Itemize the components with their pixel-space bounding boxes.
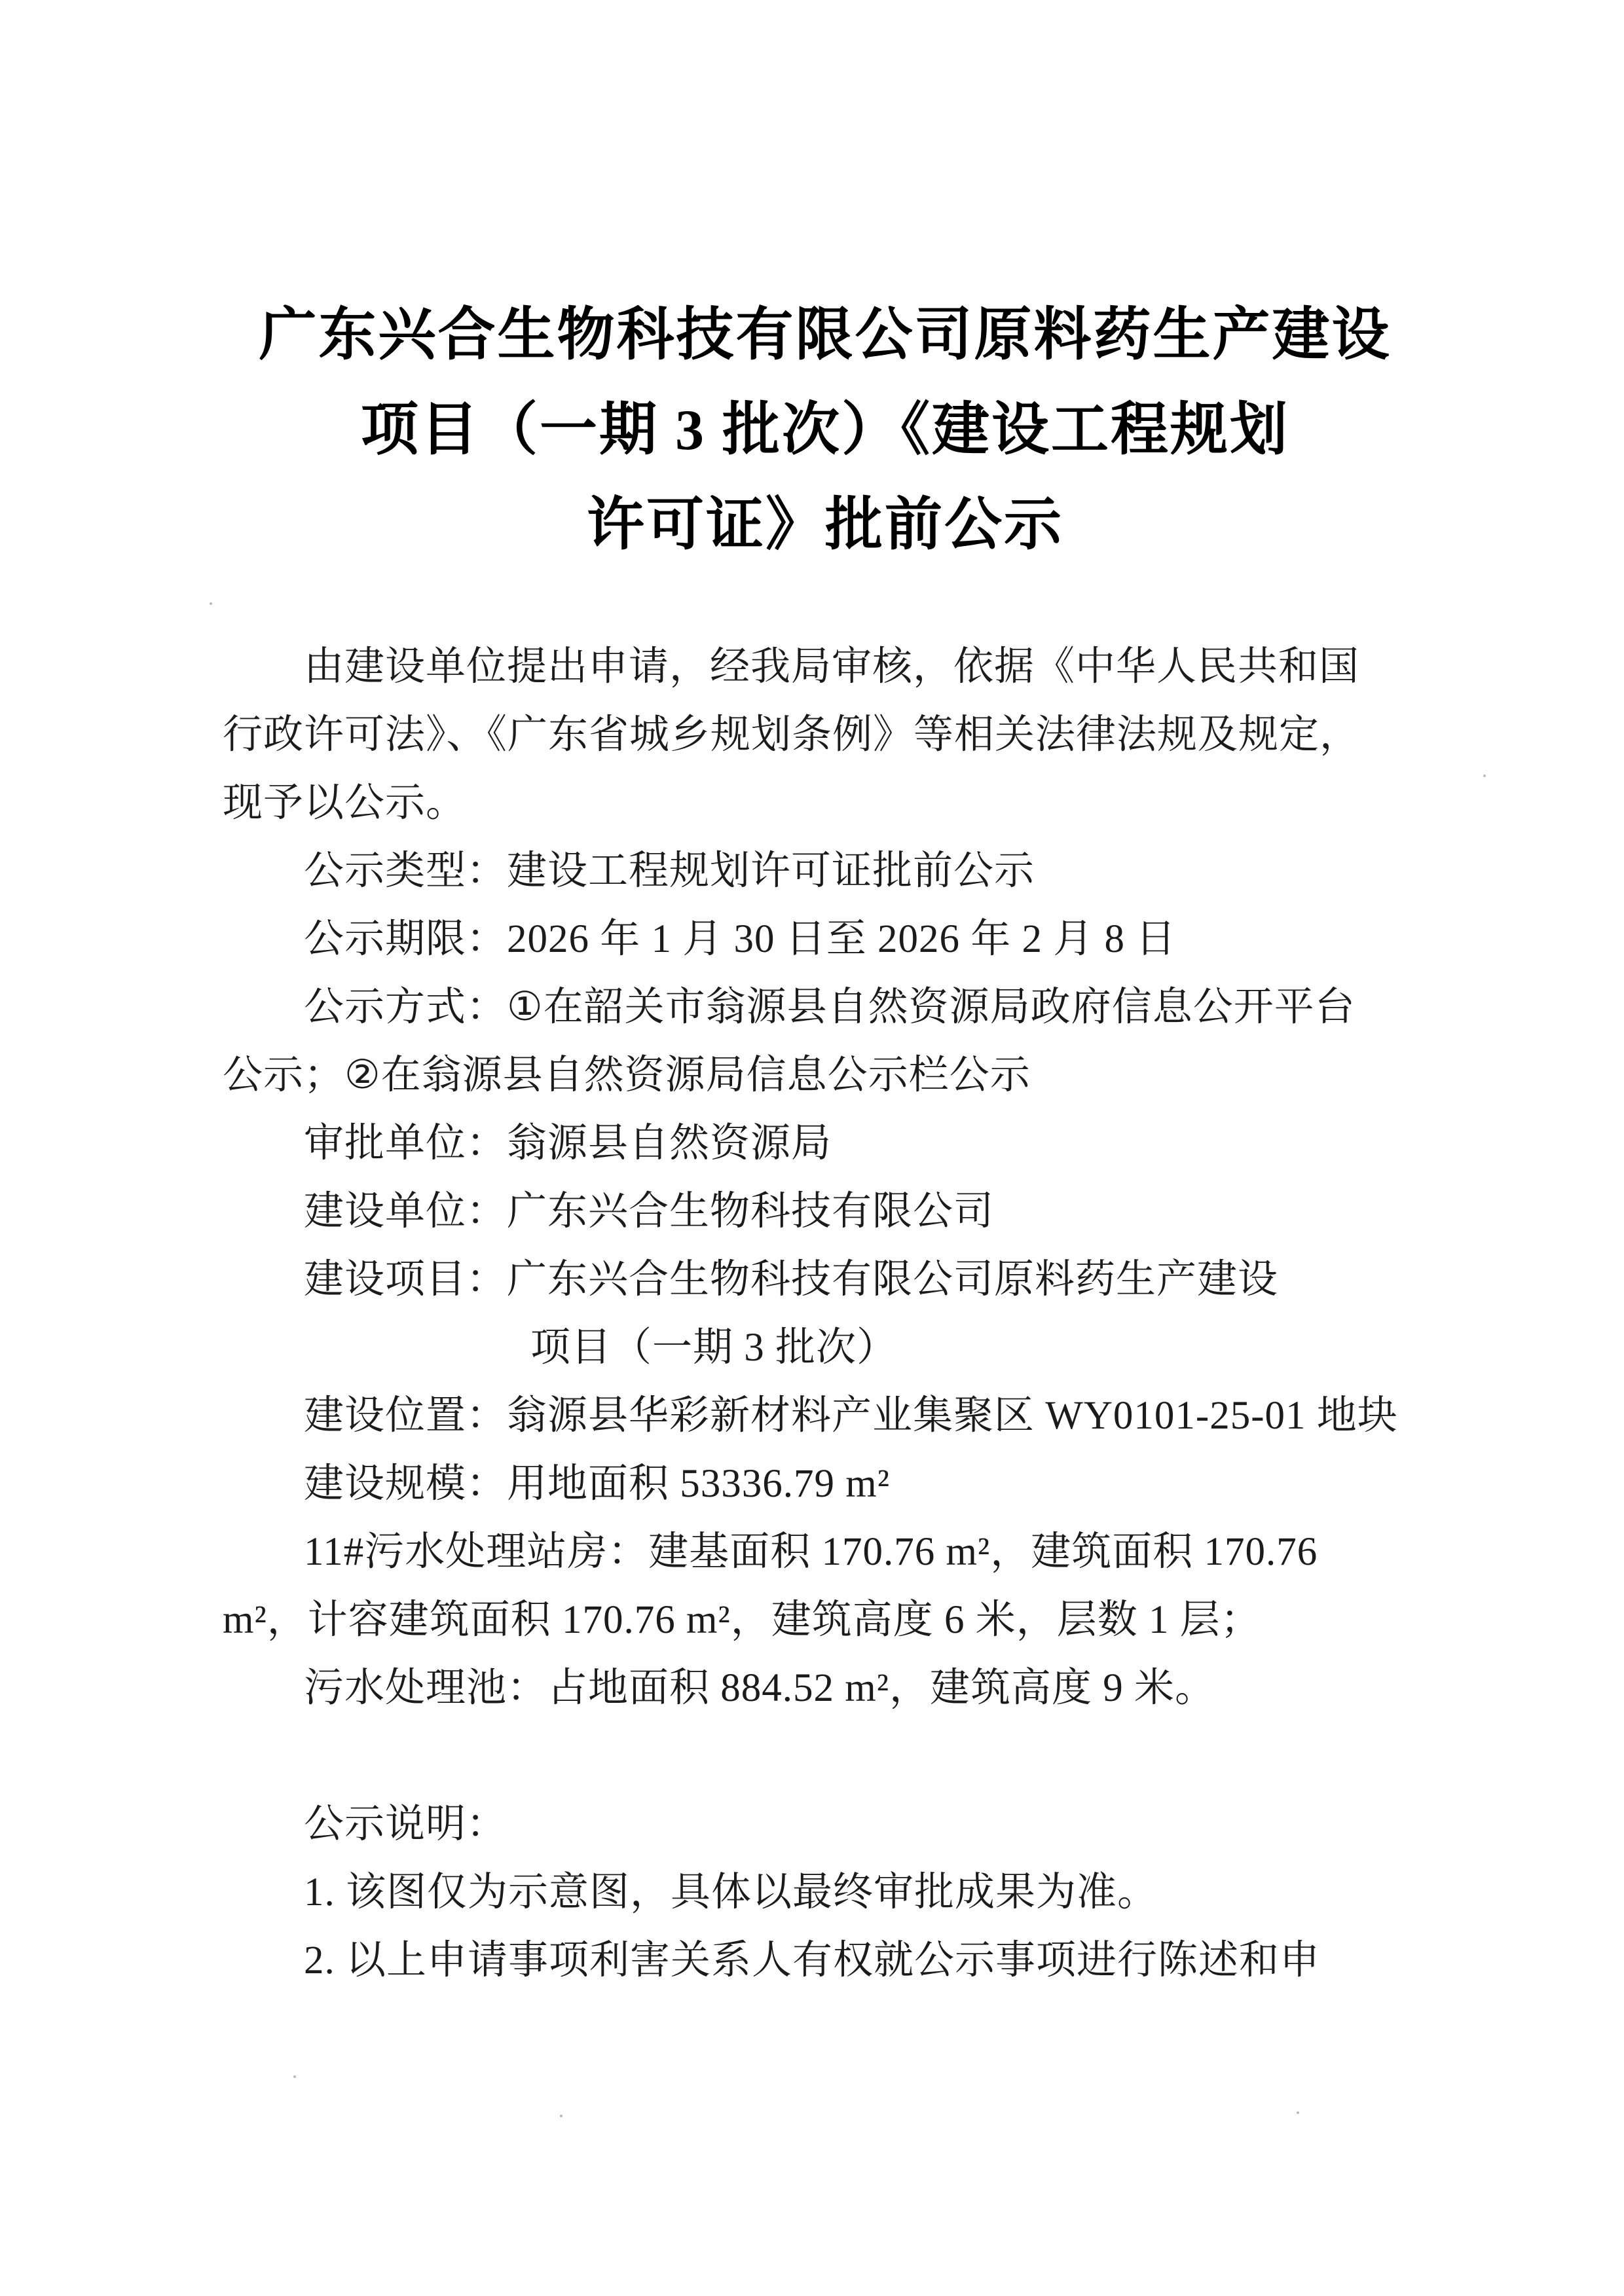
title-line-1: 广东兴合生物科技有限公司原料药生产建设: [223, 288, 1428, 383]
body-line-intro-3: 现予以公示。: [223, 769, 1428, 837]
document-body: 由建设单位提出申请，经我局审核，依据《中华人民共和国 行政许可法》、《广东省城乡…: [223, 633, 1428, 1995]
body-line-sewage-station-1: 11#污水处理站房：建基面积 170.76 m²，建筑面积 170.76: [223, 1518, 1428, 1586]
body-line-notice-method-2: 公示；②在翁源县自然资源局信息公示栏公示: [223, 1042, 1428, 1110]
body-line-notice-method-1: 公示方式：①在韶关市翁源县自然资源局政府信息公开平台: [223, 974, 1428, 1042]
body-line-scale: 建设规模：用地面积 53336.79 m²: [223, 1450, 1428, 1518]
body-line-notice-type: 公示类型：建设工程规划许可证批前公示: [223, 837, 1428, 905]
document-title: 广东兴合生物科技有限公司原料药生产建设 项目（一期 3 批次）《建设工程规划 许…: [223, 288, 1428, 573]
body-line-approval-authority: 审批单位：翁源县自然资源局: [223, 1110, 1428, 1178]
body-line-notice-period: 公示期限：2026 年 1 月 30 日至 2026 年 2 月 8 日: [223, 905, 1428, 974]
scan-speckle: [1297, 2111, 1299, 2114]
scan-speckle: [1483, 774, 1486, 777]
document-page: 广东兴合生物科技有限公司原料药生产建设 项目（一期 3 批次）《建设工程规划 许…: [0, 0, 1624, 2296]
body-line-location: 建设位置：翁源县华彩新材料产业集聚区 WY0101-25-01 地块: [223, 1382, 1428, 1450]
body-line-intro-2: 行政许可法》、《广东省城乡规划条例》等相关法律法规及规定，: [223, 701, 1428, 769]
title-line-2: 项目（一期 3 批次）《建设工程规划: [223, 383, 1428, 478]
body-line-sewage-pool: 污水处理池：占地面积 884.52 m²，建筑高度 9 米。: [223, 1654, 1428, 1722]
body-line-project-name-2: 项目（一期 3 批次）: [223, 1314, 1428, 1382]
scan-speckle: [560, 2115, 563, 2117]
body-line-construction-unit: 建设单位：广东兴合生物科技有限公司: [223, 1178, 1428, 1246]
body-line-notes-header: 公示说明：: [223, 1791, 1428, 1859]
body-line-note-2: 2. 以上申请事项利害关系人有权就公示事项进行陈述和申: [223, 1927, 1428, 1995]
title-line-3: 许可证》批前公示: [223, 478, 1428, 573]
body-line-intro-1: 由建设单位提出申请，经我局审核，依据《中华人民共和国: [223, 633, 1428, 701]
body-line-note-1: 1. 该图仅为示意图，具体以最终审批成果为准。: [223, 1859, 1428, 1927]
scan-speckle: [293, 2075, 296, 2078]
scan-speckle: [210, 602, 212, 605]
body-line-project-name-1: 建设项目：广东兴合生物科技有限公司原料药生产建设: [223, 1246, 1428, 1314]
body-line-sewage-station-2: m²，计容建筑面积 170.76 m²，建筑高度 6 米，层数 1 层；: [223, 1586, 1428, 1654]
